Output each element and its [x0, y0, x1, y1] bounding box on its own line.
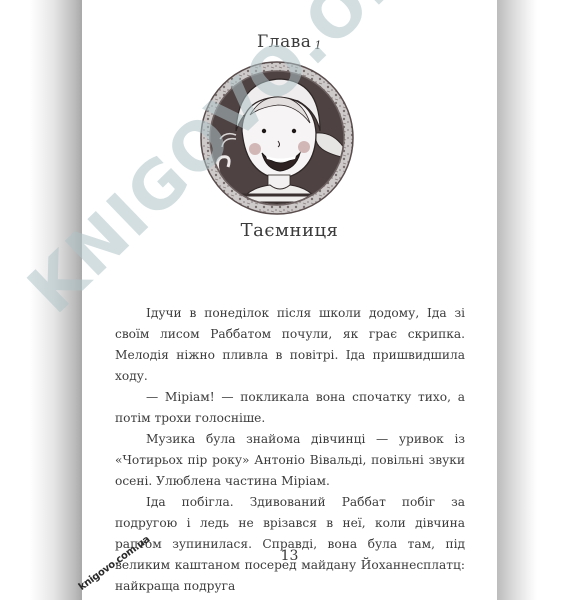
- paragraph: Музика була знайома дівчинці — уривок із…: [115, 429, 465, 492]
- chapter-illustration: [198, 61, 356, 215]
- paragraph: Іда побігла. Здивований Раббат побіг за …: [115, 492, 465, 597]
- chapter-label-text: Глава: [257, 32, 311, 52]
- chapter-title: Таємниця: [82, 220, 497, 241]
- paragraph: — Міріам! — покликала вона спочатку тихо…: [115, 387, 465, 429]
- page-shadow-right: [497, 0, 537, 600]
- chapter-label: Глава1: [82, 32, 497, 52]
- book-page: Глава1: [82, 0, 497, 600]
- girl-portrait-icon: [198, 61, 356, 215]
- page-number: 13: [82, 548, 497, 564]
- page-shadow-left: [30, 0, 82, 600]
- paragraph: Ідучи в понеділок після школи додому, Ід…: [115, 303, 465, 387]
- chapter-number: 1: [314, 39, 322, 52]
